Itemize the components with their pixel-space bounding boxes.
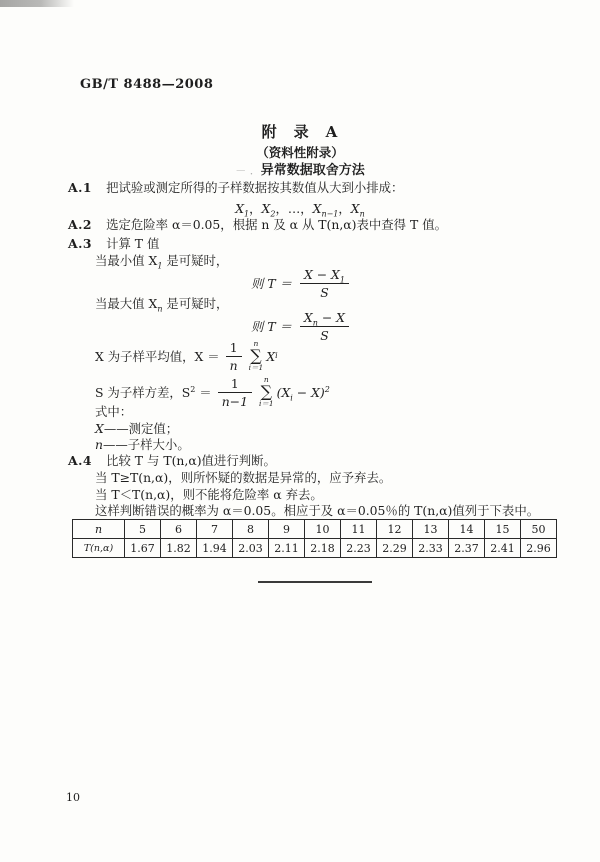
table-corner-label: n <box>73 520 125 539</box>
end-rule <box>258 581 372 583</box>
table-n-cell: 5 <box>125 520 161 539</box>
table-t-cell: 1.94 <box>197 539 233 558</box>
table-n-cell: 7 <box>197 520 233 539</box>
table-t-cell: 1.67 <box>125 539 161 558</box>
a4-rule-keep: 当 T＜T(n,α)，则不能将危险率 α 弃去。 <box>95 487 323 503</box>
table-t-cell: 2.18 <box>305 539 341 558</box>
table-row-label: T(n,α) <box>73 539 125 558</box>
appendix-section-title: － ．异常数据取舍方法 <box>0 159 600 178</box>
clause-a3-label: A.3 <box>68 236 92 251</box>
table-t-cell: 1.82 <box>161 539 197 558</box>
t-min-formula: 则 T ＝ X − X1S <box>0 267 600 299</box>
scanned-document-page: GB/T 8488—2008 附 录 A （资料性附录） － ．异常数据取舍方法… <box>0 0 600 862</box>
table-header-row: n 5678910111213141550 <box>73 520 557 539</box>
clause-a4-label: A.4 <box>68 453 92 468</box>
clause-a2: A.2选定危险率 α＝0.05，根据 n 及 α 从 T(n,α)表中查得 T … <box>68 217 447 233</box>
table-t-cell: 2.03 <box>233 539 269 558</box>
clause-a2-label: A.2 <box>68 217 92 232</box>
t-max-formula: 则 T ＝ Xn − XS <box>0 310 600 342</box>
table-value-row: T(n,α) 1.671.821.942.032.112.182.232.292… <box>73 539 557 558</box>
summation-symbol: n∑i＝1 <box>259 376 274 408</box>
where-x-definition: X——测定值； <box>95 421 178 437</box>
summation-symbol: n∑i＝1 <box>249 340 264 372</box>
scan-smudge-artifact <box>0 0 74 7</box>
where-heading: 式中： <box>95 404 132 420</box>
standard-number: GB/T 8488—2008 <box>80 77 213 92</box>
table-n-cell: 50 <box>521 520 557 539</box>
table-n-cell: 15 <box>485 520 521 539</box>
table-t-cell: 2.33 <box>413 539 449 558</box>
table-n-cell: 6 <box>161 520 197 539</box>
table-n-cell: 10 <box>305 520 341 539</box>
table-t-cell: 2.11 <box>269 539 305 558</box>
where-n-definition: n——子样大小。 <box>95 437 190 453</box>
a4-rule-reject: 当 T≥T(n,α)，则所怀疑的数据是异常的，应予弃去。 <box>95 470 391 486</box>
table-n-cell: 12 <box>377 520 413 539</box>
mean-definition-formula: X 为子样平均值，X ＝ 1n n∑i＝1 Xi <box>95 338 278 374</box>
clause-a1-label: A.1 <box>68 180 92 195</box>
table-t-cell: 2.96 <box>521 539 557 558</box>
table-t-cell: 2.37 <box>449 539 485 558</box>
table-n-cell: 14 <box>449 520 485 539</box>
table-t-cell: 2.29 <box>377 539 413 558</box>
appendix-title: 附 录 A <box>0 121 600 142</box>
table-t-cell: 2.41 <box>485 539 521 558</box>
a4-note: 这样判断错误的概率为 α＝0.05。相应于及 α＝0.05％的 T(n,α)值列… <box>95 503 539 519</box>
page-number: 10 <box>66 791 80 804</box>
table-n-cell: 11 <box>341 520 377 539</box>
table-t-cell: 2.23 <box>341 539 377 558</box>
clause-a3: A.3计算 T 值 <box>68 236 159 252</box>
clause-a1: A.1把试验或测定所得的子样数据按其数值从大到小排成： <box>68 180 403 196</box>
table-n-cell: 9 <box>269 520 305 539</box>
table-n-cell: 8 <box>233 520 269 539</box>
sample-sequence-formula: X1，X2，…，Xn−1，Xn <box>0 199 600 217</box>
table-n-cell: 13 <box>413 520 449 539</box>
t-critical-values-table: n 5678910111213141550 T(n,α) 1.671.821.9… <box>72 519 557 558</box>
clause-a4: A.4比较 T 与 T(n,α)值进行判断。 <box>68 453 276 469</box>
scan-ink-artifact: － ． <box>235 164 261 177</box>
